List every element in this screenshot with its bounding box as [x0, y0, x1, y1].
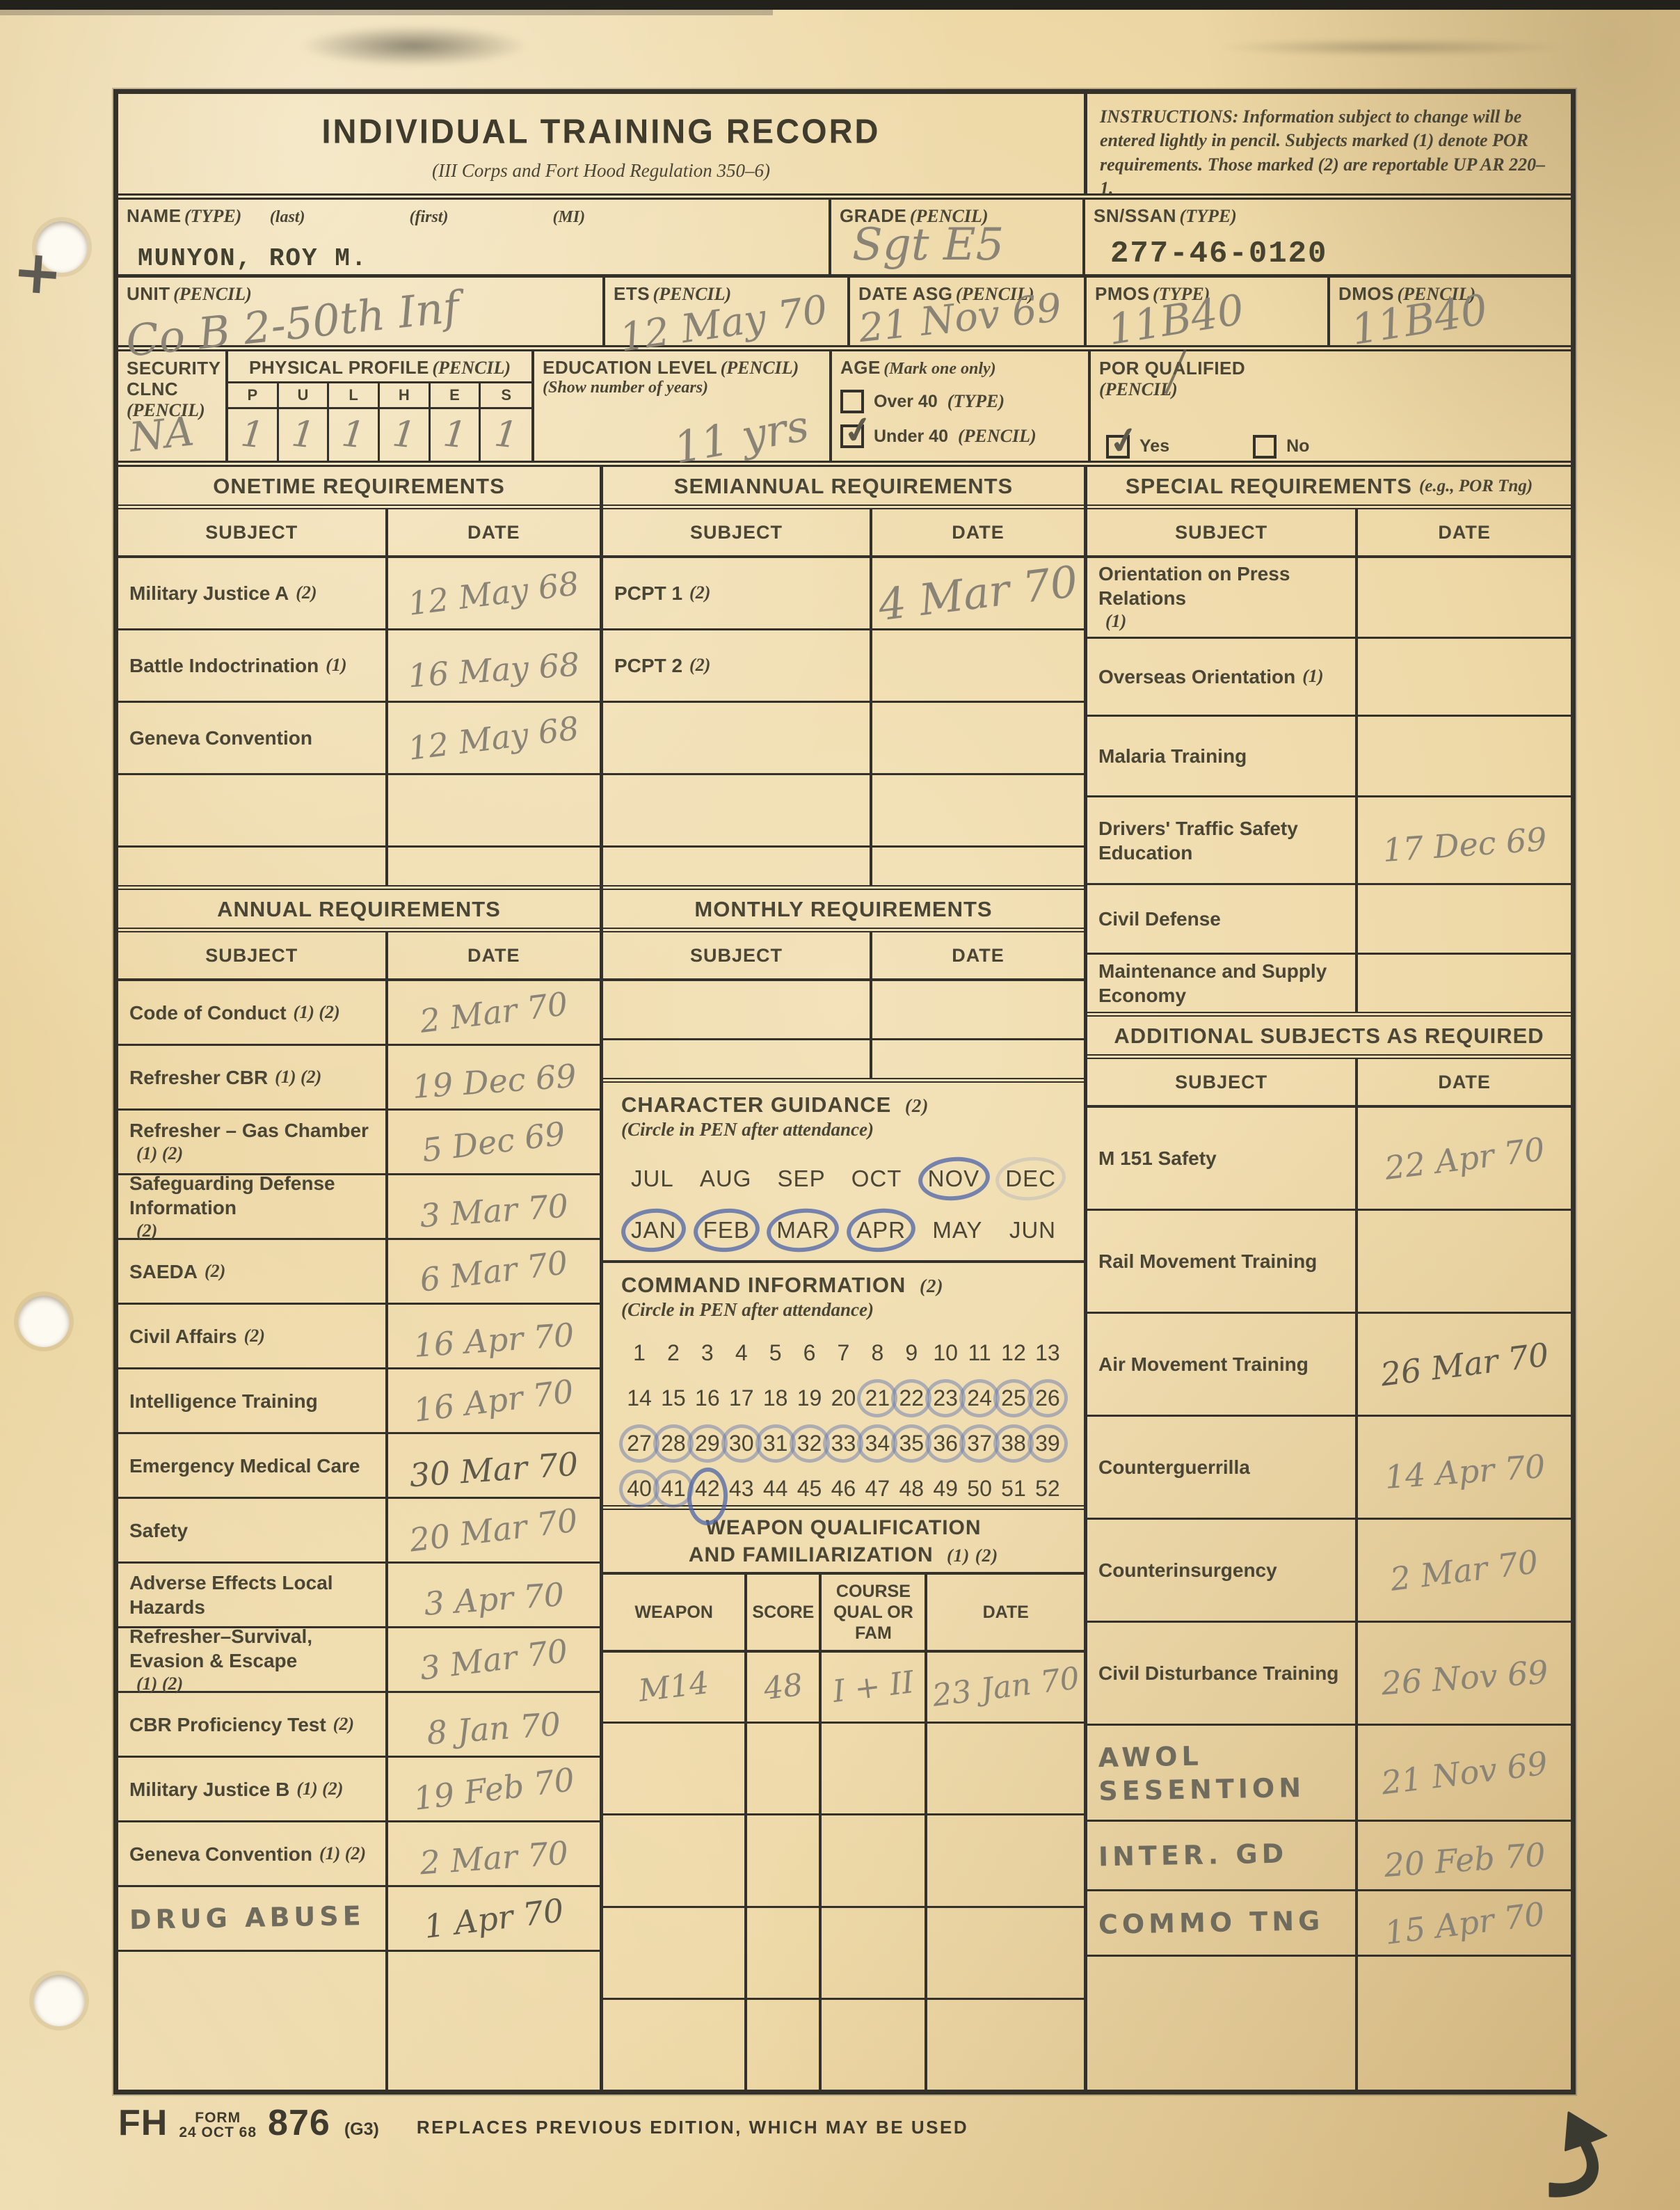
- command-information-title: COMMAND INFORMATION (2): [621, 1273, 1066, 1298]
- date-cell: 20 Mar 70: [388, 1499, 600, 1561]
- weapon-cell: [822, 1908, 927, 1998]
- name-label: NAME: [127, 205, 182, 226]
- subject-cell: Civil Disturbance Training: [1087, 1623, 1358, 1724]
- subject-cell: Malaria Training: [1087, 717, 1358, 795]
- pulhes-value: 1: [327, 407, 381, 463]
- subject-label: Refresher–Survival, Evasion & Escape: [129, 1624, 380, 1673]
- pulhes-letter: U: [279, 383, 328, 409]
- date-cell: 3 Mar 70: [388, 1628, 600, 1691]
- subject-label: Overseas Orientation: [1098, 665, 1295, 689]
- weapon-cell: M14: [603, 1653, 747, 1722]
- unit-hint: (PENCIL): [173, 284, 252, 304]
- unit-band: UNIT (PENCIL) Co B 2-50th Inf ETS (PENCI…: [118, 278, 1571, 351]
- table-row: [1087, 1957, 1571, 2090]
- pmos-field: PMOS (TYPE) 11B40: [1087, 278, 1330, 345]
- subject-label: Intelligence Training: [129, 1389, 318, 1413]
- table-row: PCPT 2(2): [603, 630, 1084, 703]
- unit-label: UNIT: [127, 283, 170, 304]
- scanned-training-record: { "form": { "title": "INDIVIDUAL TRAININ…: [0, 0, 1680, 2210]
- date-cell: [388, 775, 600, 845]
- requirement-tag: (1) (2): [136, 1673, 183, 1696]
- date-cell: 3 Apr 70: [388, 1564, 600, 1626]
- week-number: 29: [694, 1431, 721, 1456]
- weapon-cell: [747, 2000, 822, 2090]
- ets-label: ETS: [614, 283, 650, 304]
- date-value: 14 Apr 70: [1383, 1447, 1546, 1495]
- column-onetime-annual: ONETIME REQUIREMENTS SUBJECT DATE Milita…: [118, 467, 603, 2090]
- weapon-row-empty: [603, 1815, 1084, 1907]
- date-value: 12 May 68: [406, 564, 582, 623]
- date-value: 15 Apr 70: [1382, 1895, 1546, 1952]
- week-number: 26: [1034, 1385, 1062, 1411]
- date-column-header: DATE: [1358, 1059, 1571, 1105]
- date-cell: [872, 703, 1084, 773]
- week-number: 20: [829, 1385, 857, 1411]
- week-number: 25: [1000, 1385, 1027, 1411]
- requirement-tag: (2): [689, 654, 710, 677]
- week-number: 23: [931, 1385, 959, 1411]
- requirements-grid: ONETIME REQUIREMENTS SUBJECT DATE Milita…: [118, 467, 1571, 2090]
- column-headers: SUBJECT DATE: [603, 509, 1084, 558]
- weapon-cell: 48: [747, 1653, 822, 1722]
- week-number: 4: [728, 1340, 755, 1366]
- week-number: 19: [796, 1385, 824, 1411]
- week-number: 35: [897, 1431, 925, 1456]
- weapon-title-line2-text: AND FAMILIARIZATION: [689, 1543, 934, 1566]
- date-value: 20 Mar 70: [408, 1501, 580, 1559]
- weapon-row-empty: [603, 2000, 1084, 2090]
- date-cell: 5 Dec 69: [388, 1111, 600, 1173]
- month-jun: JUN: [1009, 1217, 1056, 1243]
- subject-cell: Emergency Medical Care: [118, 1434, 388, 1497]
- table-row: Emergency Medical Care30 Mar 70: [118, 1434, 600, 1499]
- physical-profile-hint: (PENCIL): [432, 358, 511, 378]
- subject-cell: Military Justice B(1) (2): [118, 1758, 388, 1820]
- physical-profile-label: PHYSICAL PROFILE: [249, 357, 429, 378]
- date-cell: 1 Apr 70: [388, 1887, 600, 1950]
- weapon-table-headers: WEAPONSCORECOURSE QUAL OR FAMDATE: [603, 1572, 1084, 1653]
- weapon-row-empty: [603, 1908, 1084, 2000]
- column-headers: SUBJECT DATE: [118, 932, 600, 981]
- subject-label: Adverse Effects Local Hazards: [129, 1571, 380, 1619]
- requirement-tag: (2): [244, 1325, 265, 1348]
- subject-column-header: SUBJECT: [1087, 1059, 1358, 1105]
- footer-agency: FH: [118, 2107, 168, 2140]
- week-number: 2: [659, 1340, 687, 1366]
- week-number: 48: [897, 1476, 925, 1502]
- ink-smudge: [1217, 38, 1565, 56]
- date-value: 19 Feb 70: [411, 1760, 576, 1818]
- character-guidance-title: CHARACTER GUIDANCE (2): [621, 1092, 1066, 1118]
- character-guidance-tag: (2): [905, 1095, 929, 1116]
- date-value: 6 Mar 70: [417, 1243, 570, 1299]
- week-number: 52: [1034, 1476, 1062, 1502]
- weapon-cell: [927, 1815, 1084, 1905]
- checked-checkbox: [1106, 435, 1130, 459]
- pulhes-factor: L1: [329, 383, 380, 461]
- scanner-edge: [0, 0, 1680, 10]
- table-row: AWOL Sesention21 Nov 69: [1087, 1726, 1571, 1822]
- subject-label: Air Movement Training: [1098, 1352, 1309, 1376]
- date-cell: 4 Mar 70: [872, 558, 1084, 628]
- date-column-header: DATE: [872, 932, 1084, 978]
- weapon-cell: [603, 1815, 747, 1905]
- date-cell: 19 Feb 70: [388, 1758, 600, 1820]
- por-option: No: [1253, 435, 1309, 459]
- por-qualified-field: POR QUALIFIED (PENCIL) YesNo: [1091, 351, 1571, 461]
- date-value: 3 Apr 70: [423, 1575, 566, 1623]
- table-row: [603, 848, 1084, 885]
- month-jul: JUL: [631, 1166, 674, 1192]
- subject-cell: Code of Conduct(1) (2): [118, 981, 388, 1044]
- requirement-tag: (1) (2): [296, 1778, 343, 1801]
- education-field: EDUCATION LEVEL (PENCIL) (Show number of…: [534, 351, 832, 461]
- week-number: 21: [863, 1385, 891, 1411]
- subject-label: Drug Abuse: [129, 1900, 365, 1937]
- table-row: M 151 Safety22 Apr 70: [1087, 1108, 1571, 1211]
- date-cell: 6 Mar 70: [388, 1240, 600, 1303]
- week-number: 24: [966, 1385, 993, 1411]
- table-row: [118, 848, 600, 885]
- weapon-cell: [603, 1724, 747, 1813]
- security-value: NA: [127, 407, 196, 461]
- date-cell: [872, 775, 1084, 845]
- table-row: Overseas Orientation(1): [1087, 639, 1571, 717]
- column-headers: SUBJECT DATE: [603, 932, 1084, 981]
- date-cell: [1358, 639, 1571, 715]
- week-number: 41: [659, 1476, 687, 1502]
- week-number: 1: [625, 1340, 653, 1366]
- footer-form-word: FORM: [195, 2110, 241, 2125]
- date-column-header: DATE: [872, 509, 1084, 555]
- week-number: 17: [728, 1385, 755, 1411]
- education-label: EDUCATION LEVEL: [543, 357, 717, 378]
- age-option-suffix: (PENCIL): [958, 426, 1037, 447]
- subject-cell: Adverse Effects Local Hazards: [118, 1564, 388, 1626]
- week-number: 45: [796, 1476, 824, 1502]
- week-grid: 1234567891011121314151617181920212223242…: [621, 1340, 1066, 1502]
- subject-cell: Safeguarding Defense Information(2): [118, 1175, 388, 1238]
- date-column-header: DATE: [1358, 509, 1571, 555]
- table-row: Military Justice B(1) (2)19 Feb 70: [118, 1758, 600, 1822]
- date-cell: 20 Feb 70: [1358, 1822, 1571, 1889]
- form-header: INDIVIDUAL TRAINING RECORD (III Corps an…: [118, 94, 1571, 200]
- week-row: 27282930313233343536373839: [621, 1431, 1066, 1456]
- subject-column-header: SUBJECT: [603, 509, 872, 555]
- requirement-tag: (2): [689, 582, 710, 605]
- weapon-row-empty: [603, 1724, 1084, 1815]
- subject-cell: Overseas Orientation(1): [1087, 639, 1358, 715]
- special-title-note: (e.g., POR Tng): [1419, 477, 1533, 496]
- command-information-tag: (2): [920, 1275, 943, 1296]
- weapon-table-rows: M1448I + II23 Jan 70: [603, 1653, 1084, 2090]
- pulhes-value: 1: [479, 406, 534, 463]
- table-row: Commo Tng15 Apr 70: [1087, 1891, 1571, 1957]
- pulhes-letter: P: [228, 383, 277, 409]
- ets-field: ETS (PENCIL) 12 May 70: [605, 278, 850, 345]
- por-options: YesNo: [1106, 424, 1562, 459]
- subject-label: Counterguerrilla: [1098, 1455, 1250, 1479]
- date-cell: [1358, 885, 1571, 953]
- date-cell: 26 Mar 70: [1358, 1314, 1571, 1415]
- date-cell: 12 May 68: [388, 558, 600, 628]
- table-row: Air Movement Training26 Mar 70: [1087, 1314, 1571, 1417]
- date-cell: [1358, 1211, 1571, 1312]
- por-option-label: No: [1286, 436, 1309, 456]
- age-option-suffix: (TYPE): [947, 391, 1005, 412]
- subject-label: Civil Affairs: [129, 1324, 237, 1349]
- subject-label: Refresher CBR: [129, 1065, 268, 1090]
- age-note: (Mark one only): [883, 360, 995, 378]
- week-number: 15: [659, 1385, 687, 1411]
- date-value: 16 Apr 70: [413, 1316, 575, 1365]
- date-cell: 3 Mar 70: [388, 1175, 600, 1238]
- table-row: Drug Abuse1 Apr 70: [118, 1887, 600, 1952]
- weapon-value: I + II: [831, 1664, 915, 1710]
- table-row: Military Justice A(2)12 May 68: [118, 558, 600, 630]
- week-number: 8: [863, 1340, 891, 1366]
- table-row: [603, 981, 1084, 1040]
- week-number: 39: [1034, 1431, 1062, 1456]
- date-cell: 19 Dec 69: [388, 1046, 600, 1108]
- pulhes-factor: P1: [228, 383, 279, 461]
- unit-field: UNIT (PENCIL) Co B 2-50th Inf: [118, 278, 605, 345]
- table-row: [603, 703, 1084, 775]
- subject-column-header: SUBJECT: [118, 509, 388, 555]
- subject-label: PCPT 1: [614, 581, 682, 605]
- subject-cell: Geneva Convention: [118, 703, 388, 773]
- subject-label: Geneva Convention: [129, 726, 312, 750]
- requirement-tag: (1) (2): [294, 1001, 340, 1024]
- date-cell: [388, 1952, 600, 2090]
- subject-label: Orientation on Press Relations: [1098, 562, 1350, 610]
- table-row: Safeguarding Defense Information(2)3 Mar…: [118, 1175, 600, 1240]
- weapon-cell: [747, 1815, 822, 1905]
- subject-cell: Refresher CBR(1) (2): [118, 1046, 388, 1108]
- month-grid: JULAUGSEPOCTNOVDECJANFEBMARAPRMAYJUN: [621, 1166, 1066, 1243]
- pencil-plus-mark: +: [10, 237, 65, 310]
- footer-date: 24 OCT 68: [179, 2125, 257, 2140]
- age-option-label: Over 40: [874, 392, 938, 412]
- table-row: SAEDA(2)6 Mar 70: [118, 1240, 600, 1305]
- subject-cell: Drivers' Traffic Safety Education: [1087, 797, 1358, 883]
- form-footer: FH FORM 24 OCT 68 876 (G3) REPLACES PREV…: [118, 2107, 968, 2140]
- pulhes-letter: S: [481, 383, 531, 409]
- date-cell: 14 Apr 70: [1358, 1417, 1571, 1518]
- subject-cell: Civil Affairs(2): [118, 1305, 388, 1367]
- semiannual-rows: PCPT 1(2)4 Mar 70PCPT 2(2): [603, 558, 1084, 885]
- subject-label: M 151 Safety: [1098, 1146, 1217, 1170]
- week-number: 43: [728, 1476, 755, 1502]
- por-option-label: Yes: [1139, 436, 1169, 456]
- week-number: 18: [762, 1385, 790, 1411]
- physical-profile-field: PHYSICAL PROFILE (PENCIL) P1U1L1H1E1S1: [228, 351, 534, 461]
- subject-label: Maintenance and Supply Economy: [1098, 959, 1350, 1008]
- subject-cell: Drug Abuse: [118, 1887, 388, 1950]
- command-information-box: COMMAND INFORMATION (2) (Circle in PEN a…: [603, 1260, 1084, 1505]
- week-number: 12: [1000, 1340, 1027, 1366]
- weapon-column-header: DATE: [927, 1575, 1084, 1650]
- date-cell: 21 Nov 69: [1358, 1726, 1571, 1820]
- date-value: 17 Dec 69: [1382, 820, 1548, 868]
- date-cell: [1358, 1957, 1571, 2090]
- footer-office: (G3): [344, 2120, 379, 2140]
- page-turn-arrow-icon: [1523, 2100, 1635, 2204]
- form-title: INDIVIDUAL TRAINING RECORD: [321, 111, 880, 150]
- date-value: 2 Mar 70: [1389, 1543, 1541, 1598]
- column-semiannual-monthly: SEMIANNUAL REQUIREMENTS SUBJECT DATE PCP…: [603, 467, 1087, 2090]
- month-feb: FEB: [703, 1217, 750, 1243]
- subject-cell: [118, 848, 388, 885]
- education-note: (Show number of years): [543, 379, 708, 397]
- weapon-cell: [927, 2000, 1084, 2090]
- subject-cell: Refresher–Survival, Evasion & Escape(1) …: [118, 1628, 388, 1691]
- pulhes-letter: H: [380, 383, 429, 409]
- name-hint-last: (last): [270, 208, 305, 227]
- table-row: [603, 1040, 1084, 1078]
- month-mar: MAR: [776, 1217, 829, 1243]
- hole-punch: [18, 1296, 70, 1347]
- subject-label: Civil Disturbance Training: [1098, 1661, 1338, 1685]
- week-number: 36: [931, 1431, 959, 1456]
- requirement-tag: (1) (2): [275, 1066, 321, 1089]
- subject-label: Civil Defense: [1098, 907, 1221, 931]
- subject-cell: M 151 Safety: [1087, 1108, 1358, 1209]
- date-cell: 2 Mar 70: [388, 1822, 600, 1885]
- column-headers: SUBJECT DATE: [118, 509, 600, 558]
- week-number: 49: [931, 1476, 959, 1502]
- subject-column-header: SUBJECT: [1087, 509, 1358, 555]
- subject-cell: Air Movement Training: [1087, 1314, 1358, 1415]
- subject-label: Drivers' Traffic Safety Education: [1098, 816, 1350, 865]
- date-cell: 12 May 68: [388, 703, 600, 773]
- date-value: 2 Mar 70: [417, 985, 570, 1040]
- date-cell: [872, 981, 1084, 1038]
- subject-label: Malaria Training: [1098, 744, 1247, 768]
- requirement-tag: (1) (2): [136, 1143, 183, 1166]
- column-headers: SUBJECT DATE: [1087, 1059, 1571, 1108]
- date-cell: 16 Apr 70: [388, 1369, 600, 1432]
- date-value: 4 Mar 70: [876, 556, 1081, 631]
- table-row: Code of Conduct(1) (2)2 Mar 70: [118, 981, 600, 1046]
- week-number: 31: [762, 1431, 790, 1456]
- weapon-cell: [927, 1724, 1084, 1813]
- pulhes-factor: H1: [380, 383, 431, 461]
- table-row: [603, 775, 1084, 848]
- subject-cell: Commo Tng: [1087, 1891, 1358, 1955]
- security-band: SECURITY CLNC (PENCIL) NA PHYSICAL PROFI…: [118, 351, 1571, 467]
- name-hint: (TYPE): [184, 206, 241, 226]
- subject-label: Safeguarding Defense Information: [129, 1171, 380, 1220]
- subject-cell: Rail Movement Training: [1087, 1211, 1358, 1312]
- weapon-title-line1: WEAPON QUALIFICATION: [705, 1514, 981, 1541]
- table-row: Civil Affairs(2)16 Apr 70: [118, 1305, 600, 1369]
- date-cell: [388, 848, 600, 885]
- date-value: 5 Dec 69: [420, 1115, 568, 1170]
- weapon-cell: [747, 1908, 822, 1998]
- date-cell: 16 May 68: [388, 630, 600, 701]
- week-row: 12345678910111213: [621, 1340, 1066, 1366]
- week-number: 50: [966, 1476, 993, 1502]
- age-option: Over 40(TYPE): [840, 390, 1080, 413]
- subject-cell: [603, 981, 872, 1038]
- month-sep: SEP: [778, 1166, 826, 1192]
- name-field: NAME (TYPE) (last) (first) (MI) MUNYON, …: [118, 200, 831, 274]
- subject-label: Inter. Gd: [1098, 1837, 1288, 1873]
- ssan-value: 277-46-0120: [1110, 237, 1327, 271]
- table-row: Refresher–Survival, Evasion & Escape(1) …: [118, 1628, 600, 1693]
- table-row: [118, 775, 600, 848]
- date-value: 19 Dec 69: [410, 1057, 577, 1106]
- subject-cell: PCPT 1(2): [603, 558, 872, 628]
- subject-cell: Counterinsurgency: [1087, 1520, 1358, 1621]
- date-cell: [872, 630, 1084, 701]
- date-cell: 15 Apr 70: [1358, 1891, 1571, 1955]
- table-row: Inter. Gd20 Feb 70: [1087, 1822, 1571, 1891]
- section-title-additional: ADDITIONAL SUBJECTS AS REQUIRED: [1087, 1012, 1571, 1059]
- week-number: 3: [694, 1340, 721, 1366]
- month-oct: OCT: [851, 1166, 902, 1192]
- physical-profile-title: PHYSICAL PROFILE (PENCIL): [228, 351, 531, 383]
- table-row: Counterguerrilla14 Apr 70: [1087, 1417, 1571, 1520]
- ssan-hint: (TYPE): [1180, 206, 1237, 226]
- name-hint-mi: (MI): [552, 208, 585, 227]
- week-number: 7: [829, 1340, 857, 1366]
- title-block: INDIVIDUAL TRAINING RECORD (III Corps an…: [118, 94, 1084, 193]
- date-value: 3 Mar 70: [417, 1632, 570, 1687]
- section-title-semiannual: SEMIANNUAL REQUIREMENTS: [603, 467, 1084, 509]
- week-number: 11: [966, 1340, 993, 1366]
- date-value: 2 Mar 70: [419, 1834, 570, 1882]
- subject-cell: Maintenance and Supply Economy: [1087, 955, 1358, 1012]
- subject-cell: PCPT 2(2): [603, 630, 872, 701]
- character-guidance-title-text: CHARACTER GUIDANCE: [621, 1092, 891, 1117]
- footer-note: REPLACES PREVIOUS EDITION, WHICH MAY BE …: [417, 2117, 968, 2140]
- month-aug: AUG: [700, 1166, 752, 1192]
- date-cell: 26 Nov 69: [1358, 1623, 1571, 1724]
- week-number: 13: [1034, 1340, 1062, 1366]
- week-number: 46: [829, 1476, 857, 1502]
- week-number: 33: [829, 1431, 857, 1456]
- training-record-form: INDIVIDUAL TRAINING RECORD (III Corps an…: [113, 89, 1576, 2094]
- table-row: Battle Indoctrination(1)16 May 68: [118, 630, 600, 703]
- subject-column-header: SUBJECT: [603, 932, 872, 978]
- subject-cell: [118, 775, 388, 845]
- scanner-edge-gap: [0, 10, 773, 15]
- subject-label: PCPT 2: [614, 653, 682, 678]
- education-hint: (PENCIL): [721, 358, 799, 378]
- date-cell: [872, 1040, 1084, 1078]
- week-number: 30: [728, 1431, 755, 1456]
- weapon-column-header: SCORE: [747, 1575, 822, 1650]
- date-column-header: DATE: [388, 509, 600, 555]
- week-number: 38: [1000, 1431, 1027, 1456]
- por-option: Yes: [1106, 435, 1169, 459]
- date-value: 16 Apr 70: [412, 1372, 576, 1429]
- table-row: Safety20 Mar 70: [118, 1499, 600, 1564]
- command-information-title-text: COMMAND INFORMATION: [621, 1273, 906, 1297]
- section-title-annual: ANNUAL REQUIREMENTS: [118, 885, 600, 932]
- subject-cell: Civil Defense: [1087, 885, 1358, 953]
- date-cell: [1358, 717, 1571, 795]
- annual-rows: Code of Conduct(1) (2)2 Mar 70Refresher …: [118, 981, 600, 2090]
- date-value: 21 Nov 69: [1379, 1744, 1550, 1802]
- weapon-column-header: COURSE QUAL OR FAM: [822, 1575, 927, 1650]
- subject-cell: [603, 848, 872, 885]
- week-number: 16: [694, 1385, 721, 1411]
- date-value: 1 Apr 70: [422, 1891, 566, 1946]
- date-value: 26 Nov 69: [1380, 1653, 1549, 1702]
